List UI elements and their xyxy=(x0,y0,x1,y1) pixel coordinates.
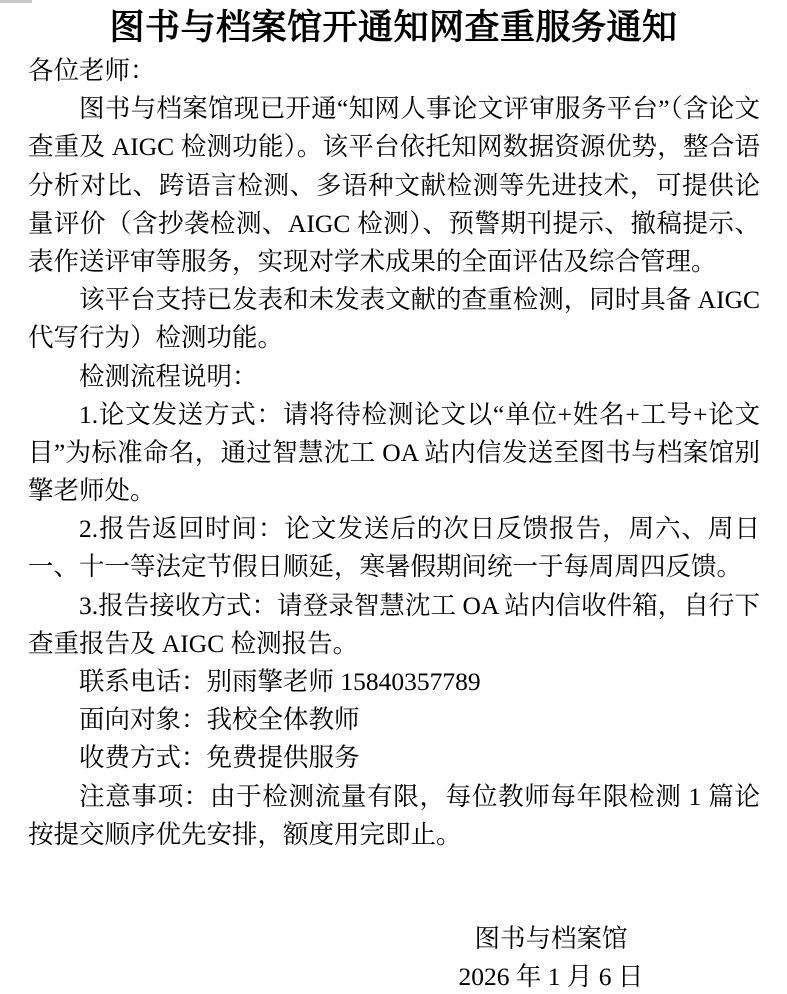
step2-line: 2.报告返回时间：论文发送后的次日反馈报告，周六、周日及五 xyxy=(28,510,760,548)
step3-line: 查重报告及 AIGC 检测报告。 xyxy=(28,625,760,663)
intro-line: 图书与档案馆现已开通“知网人事论文评审服务平台”（含论文 xyxy=(28,90,760,128)
notice-line: 注意事项：由于检测流量有限，每位教师每年限检测 1 篇论文， xyxy=(28,778,760,816)
notice-line: 按提交顺序优先安排，额度用完即止。 xyxy=(28,816,760,854)
fee-line: 收费方式：免费提供服务 xyxy=(28,739,760,777)
signature-date: 2026 年 1 月 6 日 xyxy=(315,958,787,994)
contact-line: 联系电话：别雨擎老师 15840357789 xyxy=(28,663,760,701)
step3-line: 3.报告接收方式：请登录智慧沈工 OA 站内信收件箱，自行下载 xyxy=(28,587,760,625)
step1-line: 擎老师处。 xyxy=(28,472,760,510)
step1-line: 目”为标准命名，通过智慧沈工 OA 站内信发送至图书与档案馆别雨 xyxy=(28,434,760,472)
document-title: 图书与档案馆开通知网查重服务通知 xyxy=(0,0,787,52)
signature-org: 图书与档案馆 xyxy=(315,920,787,958)
platform-line: 代写行为）检测功能。 xyxy=(28,319,760,357)
step1-line: 1.论文发送方式：请将待检测论文以“单位+姓名+工号+论文题 xyxy=(28,396,760,434)
blank-space xyxy=(0,854,787,920)
intro-line: 查重及 AIGC 检测功能）。该平台依托知网数据资源优势，整合语义 xyxy=(28,128,760,166)
document-body: 各位老师： 图书与档案馆现已开通“知网人事论文评审服务平台”（含论文 查重及 A… xyxy=(0,52,787,854)
signature-block: 图书与档案馆 2026 年 1 月 6 日 xyxy=(315,920,787,994)
intro-line: 表作送评审等服务，实现对学术成果的全面评估及综合管理。 xyxy=(28,243,760,281)
intro-line: 量评价（含抄袭检测、AIGC 检测）、预警期刊提示、撤稿提示、代 xyxy=(28,205,760,243)
intro-line: 分析对比、跨语言检测、多语种文献检测等先进技术，可提供论文质 xyxy=(28,167,760,205)
salutation: 各位老师： xyxy=(28,52,760,90)
audience-line: 面向对象：我校全体教师 xyxy=(28,701,760,739)
process-heading: 检测流程说明： xyxy=(28,358,760,396)
scrollbar-fragment xyxy=(0,0,32,3)
notice-document-page: 图书与档案馆开通知网查重服务通知 各位老师： 图书与档案馆现已开通“知网人事论文… xyxy=(0,0,787,994)
platform-line: 该平台支持已发表和未发表文献的查重检测，同时具备 AIGC（AI xyxy=(28,281,760,319)
step2-line: 一、十一等法定节假日顺延，寒暑假期间统一于每周周四反馈。 xyxy=(28,548,760,586)
